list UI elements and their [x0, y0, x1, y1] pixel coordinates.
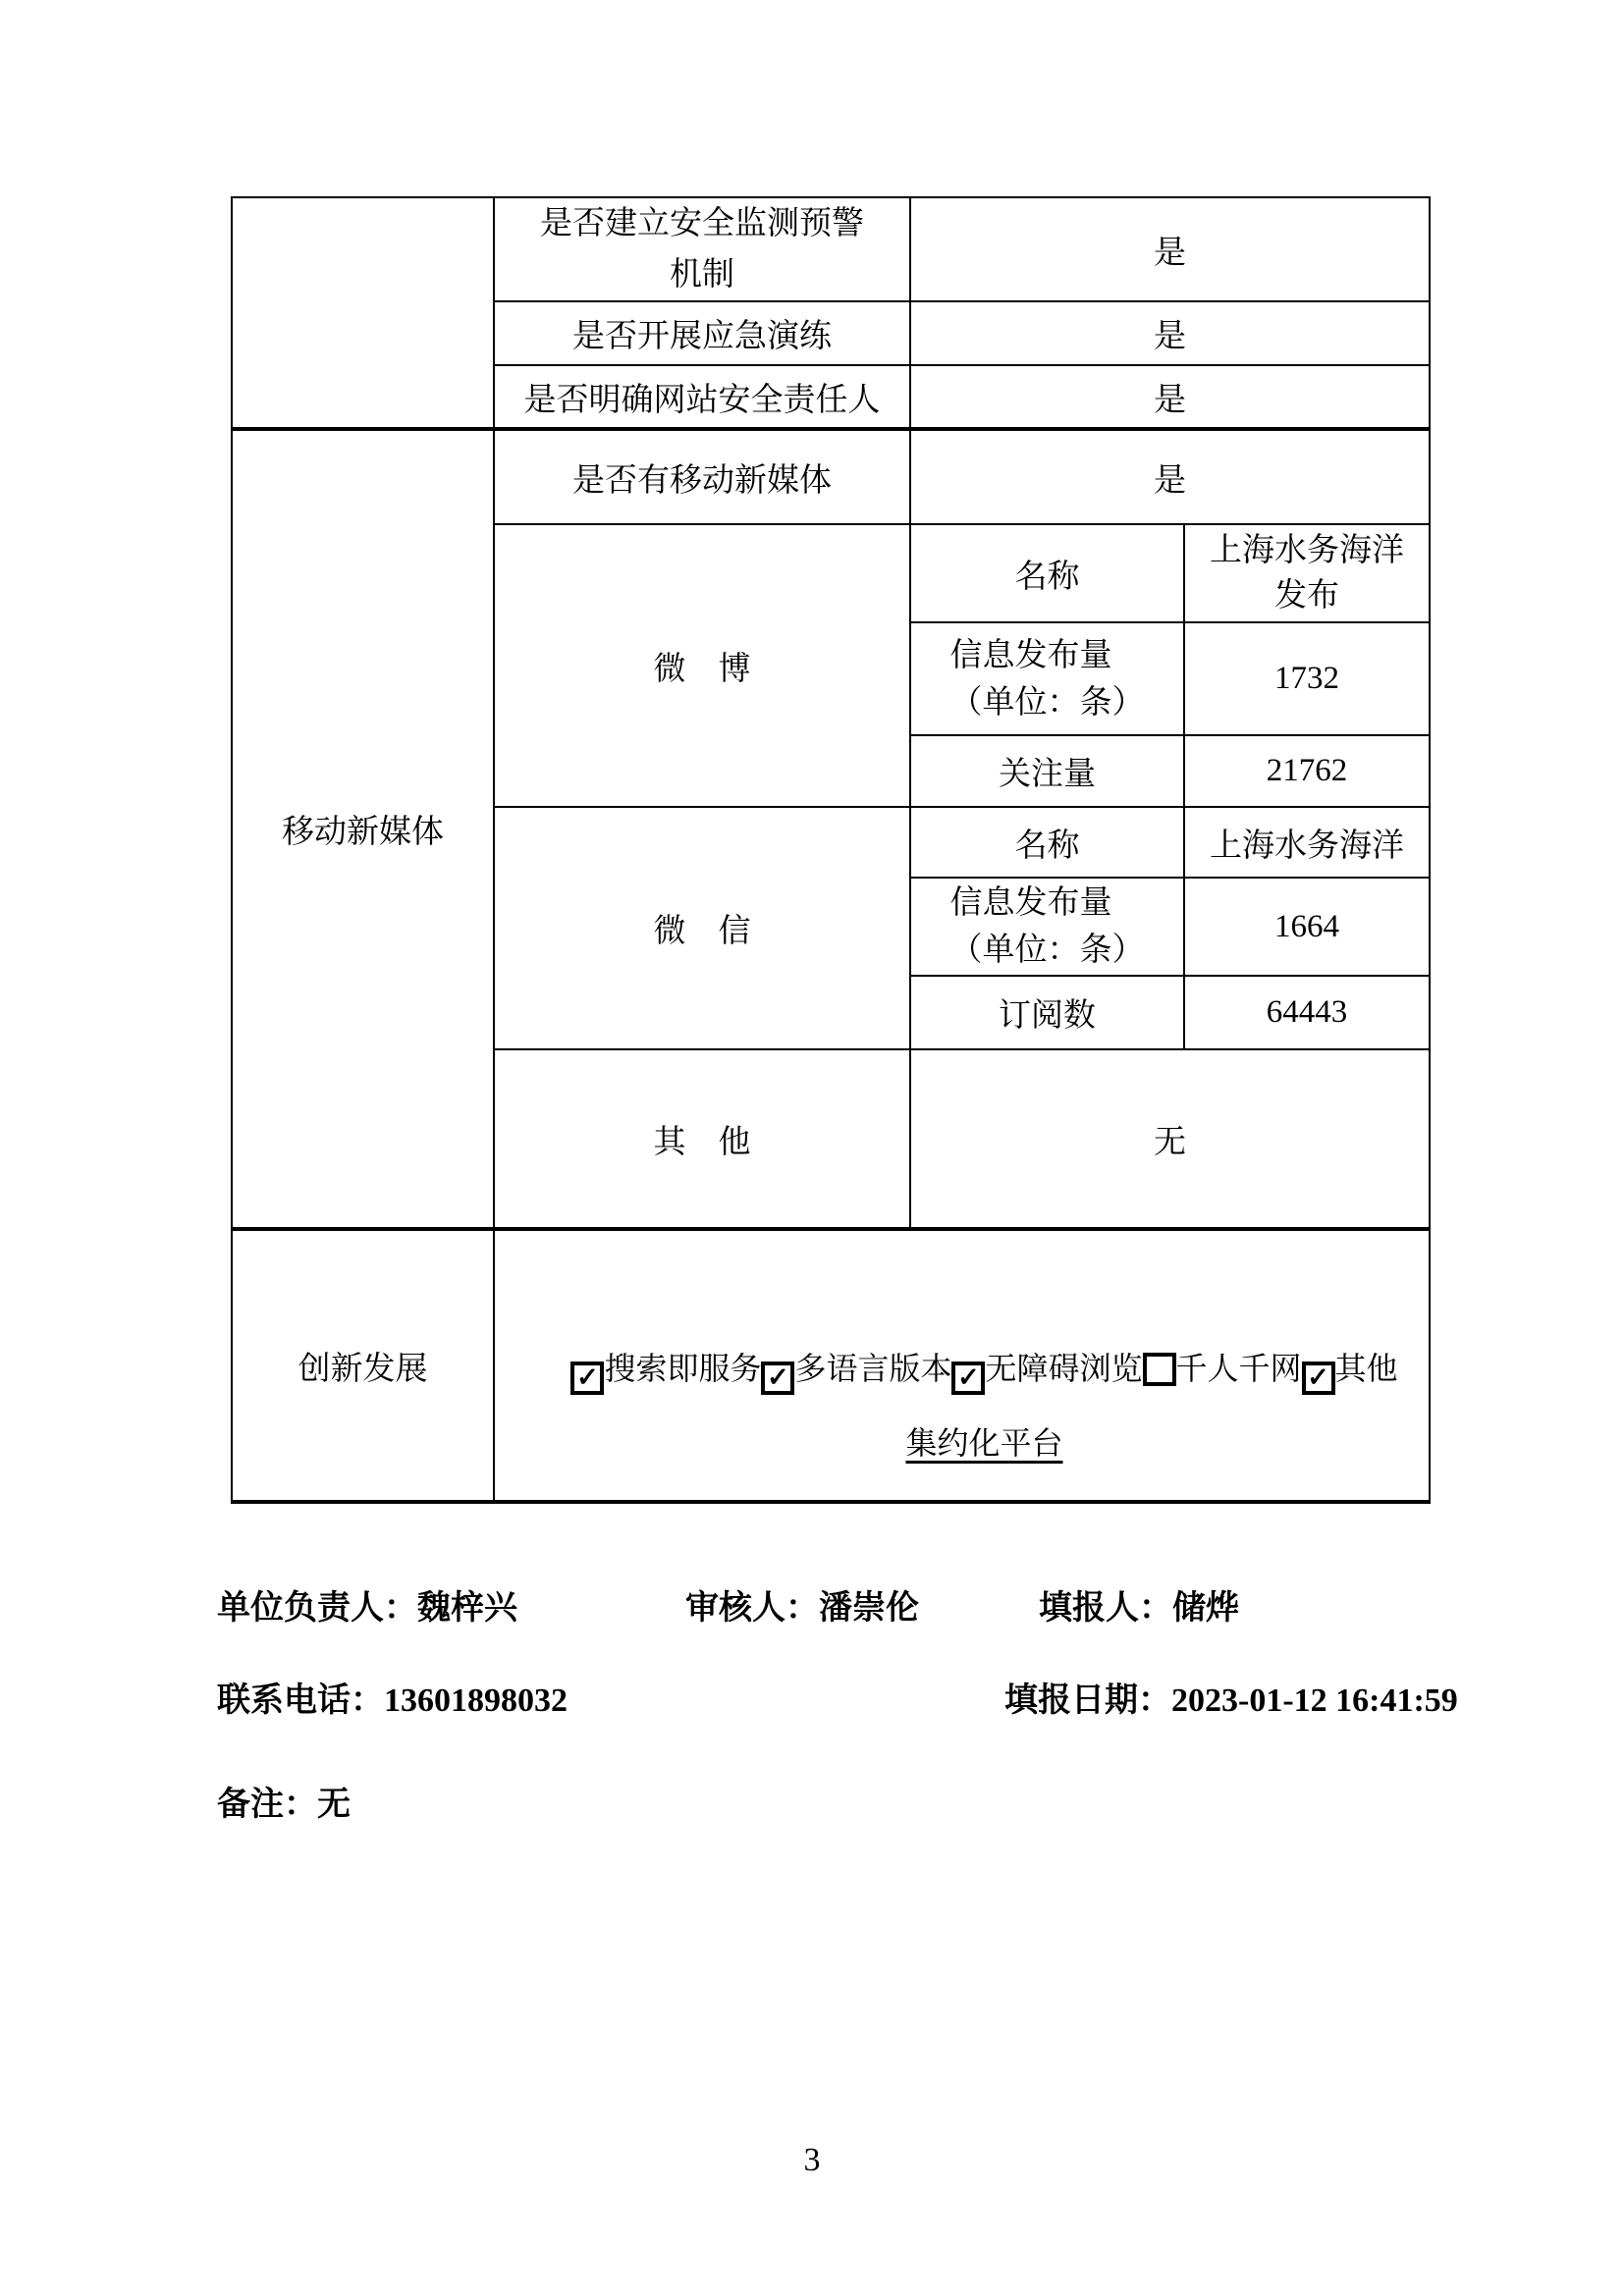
innovation-content-cell: ✓搜索即服务✓多语言版本✓无障碍浏览千人千网✓其他 集约化平台: [494, 1229, 1430, 1502]
footer-unit-head: 单位负责人：魏梓兴: [217, 1580, 517, 1629]
wechat-subs-value: 64443: [1184, 976, 1430, 1049]
security-officer-value: 是: [910, 365, 1430, 429]
wechat-posts-value: 1664: [1184, 878, 1430, 976]
wechat-subs-label: 订阅数: [910, 976, 1184, 1049]
checkbox-multilingual-icon: ✓: [761, 1362, 794, 1395]
security-monitor-label-line1: 是否建立安全监测预警: [495, 198, 909, 249]
weibo-name-value-line1: 上海水务海洋: [1185, 528, 1429, 573]
weibo-posts-label-line1: 信息发布量: [950, 632, 1145, 679]
other-media-label: 其 他: [494, 1049, 910, 1229]
checkbox-accessibility-label: 无障碍浏览: [985, 1351, 1142, 1386]
checkbox-search-service-icon: ✓: [570, 1362, 604, 1395]
security-monitor-label-line2: 机制: [495, 249, 909, 300]
checkbox-personalized-label: 千人千网: [1176, 1351, 1302, 1386]
security-officer-label: 是否明确网站安全责任人: [494, 365, 910, 429]
row-security-monitor: 是否建立安全监测预警 机制 是: [232, 197, 1430, 301]
footer-filler: 填报人：储烨: [1039, 1580, 1239, 1629]
security-drill-label: 是否开展应急演练: [494, 301, 910, 365]
other-media-value: 无: [910, 1049, 1430, 1229]
weibo-posts-value: 1732: [1184, 622, 1430, 735]
wechat-posts-label: 信息发布量 （单位：条）: [910, 878, 1184, 976]
wechat-posts-label-line1: 信息发布量: [950, 880, 1145, 927]
weibo-posts-label: 信息发布量 （单位：条）: [910, 622, 1184, 735]
weibo-name-value-line2: 发布: [1185, 573, 1429, 618]
innovation-section-label: 创新发展: [232, 1229, 494, 1502]
checkbox-other-icon: ✓: [1302, 1362, 1335, 1395]
wechat-label: 微 信: [494, 807, 910, 1049]
security-monitor-label: 是否建立安全监测预警 机制: [494, 197, 910, 301]
row-innovation: 创新发展 ✓搜索即服务✓多语言版本✓无障碍浏览千人千网✓其他 集约化平台: [232, 1229, 1430, 1502]
page-number: 3: [0, 2142, 1624, 2179]
row-has-mobile: 移动新媒体 是否有移动新媒体 是: [232, 429, 1430, 524]
weibo-label: 微 博: [494, 524, 910, 807]
weibo-followers-label: 关注量: [910, 735, 1184, 807]
wechat-posts-label-line2: （单位：条）: [950, 927, 1145, 974]
innovation-other-fill: 集约化平台: [905, 1425, 1062, 1461]
checkbox-multilingual-label: 多语言版本: [794, 1351, 951, 1386]
footer-phone: 联系电话：13601898032: [217, 1673, 568, 1721]
weibo-name-label: 名称: [910, 524, 1184, 622]
wechat-name-value: 上海水务海洋: [1184, 807, 1430, 878]
security-monitor-value: 是: [910, 197, 1430, 301]
weibo-posts-label-line2: （单位：条）: [950, 679, 1145, 726]
innovation-content: ✓搜索即服务✓多语言版本✓无障碍浏览千人千网✓其他 集约化平台: [495, 1251, 1429, 1480]
security-drill-value: 是: [910, 301, 1430, 365]
security-section-empty-cell: [232, 197, 494, 429]
document-page: 是否建立安全监测预警 机制 是 是否开展应急演练 是 是否明确网站安全责任人 是…: [0, 0, 1624, 2296]
has-mobile-label: 是否有移动新媒体: [494, 429, 910, 524]
checkbox-accessibility-icon: ✓: [951, 1362, 985, 1395]
has-mobile-value: 是: [910, 429, 1430, 524]
checkbox-search-service-label: 搜索即服务: [604, 1351, 761, 1386]
weibo-name-value: 上海水务海洋 发布: [1184, 524, 1430, 622]
weibo-followers-value: 21762: [1184, 735, 1430, 807]
report-table: 是否建立安全监测预警 机制 是 是否开展应急演练 是 是否明确网站安全责任人 是…: [231, 196, 1431, 1504]
checkbox-other-label: 其他: [1335, 1351, 1398, 1386]
footer-remark: 备注：无: [217, 1777, 351, 1825]
wechat-name-label: 名称: [910, 807, 1184, 878]
checkbox-personalized-icon: [1143, 1353, 1176, 1386]
footer-reviewer: 审核人：潘崇伦: [685, 1580, 919, 1629]
footer-date: 填报日期：2023-01-12 16:41:59: [1004, 1673, 1458, 1721]
mobile-section-label: 移动新媒体: [232, 429, 494, 1229]
